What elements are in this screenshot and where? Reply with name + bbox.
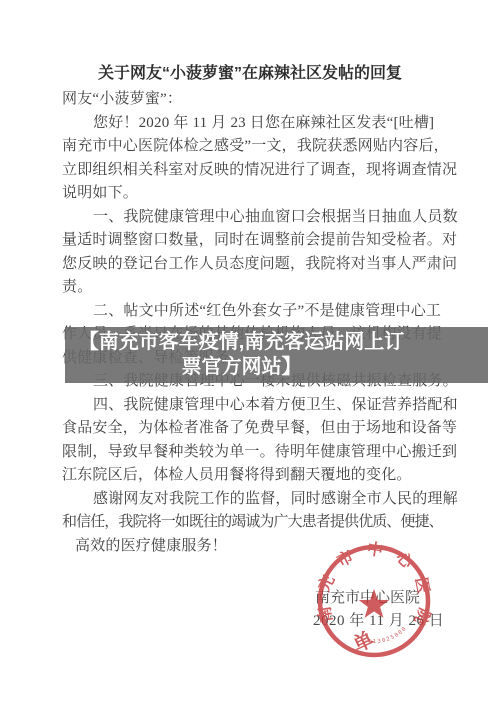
letter-line: 责。 [62, 276, 462, 300]
watermark-overlay: 【南充市客车疫情,南充客运站网上订 票官方网站】 [65, 327, 488, 383]
scanned-letter-page: 关于网友“小菠萝蜜”在麻辣社区发帖的回复 网友“小菠萝蜜”： 您好！2020 年… [0, 0, 500, 707]
watermark-text-line1: 【南充市客车疫情,南充客运站网上订 [79, 330, 405, 355]
letter-body: 网友“小菠萝蜜”： 您好！2020 年 11 月 23 日您在麻辣社区发表“[吐… [62, 88, 462, 558]
watermark-text-line2: 票官方网站】 [182, 355, 302, 380]
letter-line: 您反映的登记台工作人员态度问题，我院将对当事人严肃问 [62, 253, 462, 277]
letter-line: 南充市中心医院体检之感受”一文，我院获悉网贴内容后， [62, 135, 462, 159]
letter-line: 二、帖文中所述“红色外套女子”不是健康管理中心工 [62, 300, 462, 324]
letter-line: 四、我院健康管理中心本着方便卫生、保证营养搭配和 [62, 394, 462, 418]
letter-line: 一、我院健康管理中心抽血窗口会根据当日抽血人员数 [62, 206, 462, 230]
letter-line: 食品安全，为体检者准备了免费早餐，但由于场地和设备等 [62, 417, 462, 441]
letter-line: 网友“小菠萝蜜”： [62, 88, 462, 112]
seal-ring-text: 南充市中心医院 [313, 540, 435, 639]
letter-line: 江东院区后，体检人员用餐将得到翻天覆地的变化。 [62, 464, 462, 488]
official-seal-stamp: 南充市中心医院 单 5113025000 [304, 531, 444, 671]
letter-line: 限制，导致早餐种类较为单一。待明年健康管理中心搬迁到 [62, 441, 462, 465]
letter-line: 说明如下。 [62, 182, 462, 206]
letter-line: 感谢网友对我院工作的监督，同时感谢全市人民的理解 [62, 488, 462, 512]
letter-line: 立即组织相关科室对反映的情况进行了调查，现将调查情况 [62, 159, 462, 183]
letter-line: 量适时调整窗口数量，同时在调整前会提前告知受检者。对 [62, 229, 462, 253]
letter-line: 您好！2020 年 11 月 23 日您在麻辣社区发表“[吐槽] [62, 112, 462, 136]
seal-star-icon [359, 589, 389, 618]
letter-title: 关于网友“小菠萝蜜”在麻辣社区发帖的回复 [0, 60, 500, 83]
